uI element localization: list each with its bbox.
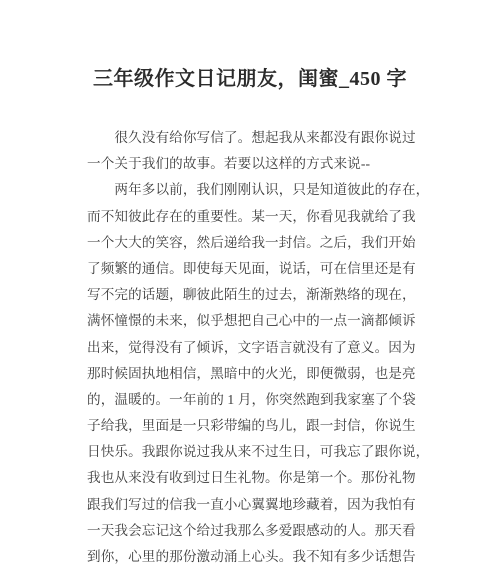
text-line: 写不完的话题，聊彼此陌生的过去，渐渐熟络的现在， — [87, 282, 427, 308]
text-line: 日快乐。我跟你说过我从来不过生日，可我忘了跟你说， — [87, 439, 427, 465]
text-line: 一天我会忘记这个给过我那么多爱跟感动的人。那天看 — [87, 518, 427, 544]
text-line: 的，温暖的。一年前的 1 月，你突然跑到我家塞了个袋 — [87, 387, 427, 413]
document-title: 三年级作文日记朋友，闺蜜_450 字 — [0, 64, 500, 94]
text-line: 那时候固执地相信，黑暗中的火光，即便微弱，也是亮 — [87, 361, 427, 387]
text-line: 我也从来没有收到过日生礼物。你是第一个。那份礼物 — [87, 465, 427, 491]
text-line: 很久没有给你写信了。想起我从来都没有跟你说过 — [87, 125, 427, 151]
text-line: 满怀憧憬的未来，似乎想把自己心中的一点一滴都倾诉 — [87, 308, 427, 334]
text-line: 子给我，里面是一只彩带编的鸟儿，跟一封信，你说生 — [87, 413, 427, 439]
text-line: 了频繁的通信。即使每天见面，说话，可在信里还是有 — [87, 256, 427, 282]
document-body: 很久没有给你写信了。想起我从来都没有跟你说过一个关于我们的故事。若要以这样的方式… — [87, 125, 427, 566]
text-line: 一个大大的笑容，然后递给我一封信。之后，我们开始 — [87, 230, 427, 256]
document-page: 三年级作文日记朋友，闺蜜_450 字 很久没有给你写信了。想起我从来都没有跟你说… — [0, 0, 500, 566]
text-line: 跟我们写过的信我一直小心翼翼地珍藏着，因为我怕有 — [87, 492, 427, 518]
text-line: 出来，觉得没有了倾诉，文字语言就没有了意义。因为 — [87, 335, 427, 361]
text-line: 两年多以前，我们刚刚认识，只是知道彼此的存在， — [87, 177, 427, 203]
text-line: 而不知彼此存在的重要性。某一天，你看见我就给了我 — [87, 204, 427, 230]
text-line: 一个关于我们的故事。若要以这样的方式来说-- — [87, 151, 427, 177]
text-line: 到你，心里的那份激动涌上心头。我不知有多少话想告 — [87, 544, 427, 566]
